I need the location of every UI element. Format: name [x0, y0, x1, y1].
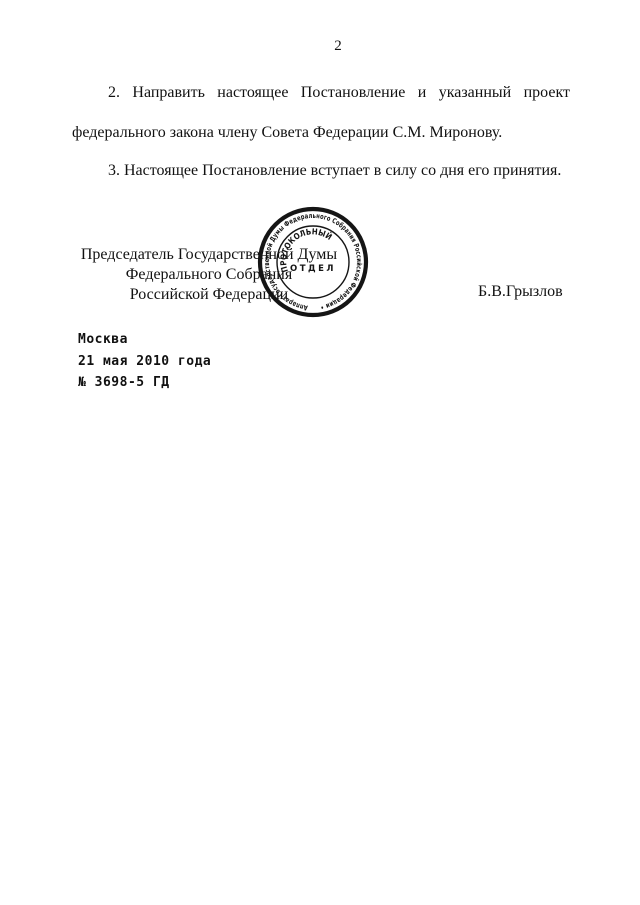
- document-page: 2 2. Направить настоящее Постановление и…: [0, 0, 640, 905]
- footer-city: Москва: [78, 329, 211, 351]
- signatory-name: Б.В.Грызлов: [478, 283, 563, 301]
- stamp-center-text: ОТДЕЛ: [290, 264, 336, 274]
- official-round-stamp-icon: Аппарат Государственной Думы Федеральног…: [256, 205, 370, 319]
- page-number: 2: [278, 38, 398, 55]
- footer-document-number: № 3698-5 ГД: [78, 372, 211, 394]
- paragraph-3: 3. Настоящее Постановление вступает в си…: [72, 162, 561, 180]
- footer-date: 21 мая 2010 года: [78, 351, 211, 373]
- paragraph-2-line-1: 2. Направить настоящее Постановление и у…: [72, 84, 570, 102]
- paragraph-2-line-2: федерального закона члену Совета Федерац…: [72, 124, 502, 142]
- stamp-outer-ring: [260, 209, 366, 315]
- footer-block: Москва 21 мая 2010 года № 3698-5 ГД: [78, 329, 211, 394]
